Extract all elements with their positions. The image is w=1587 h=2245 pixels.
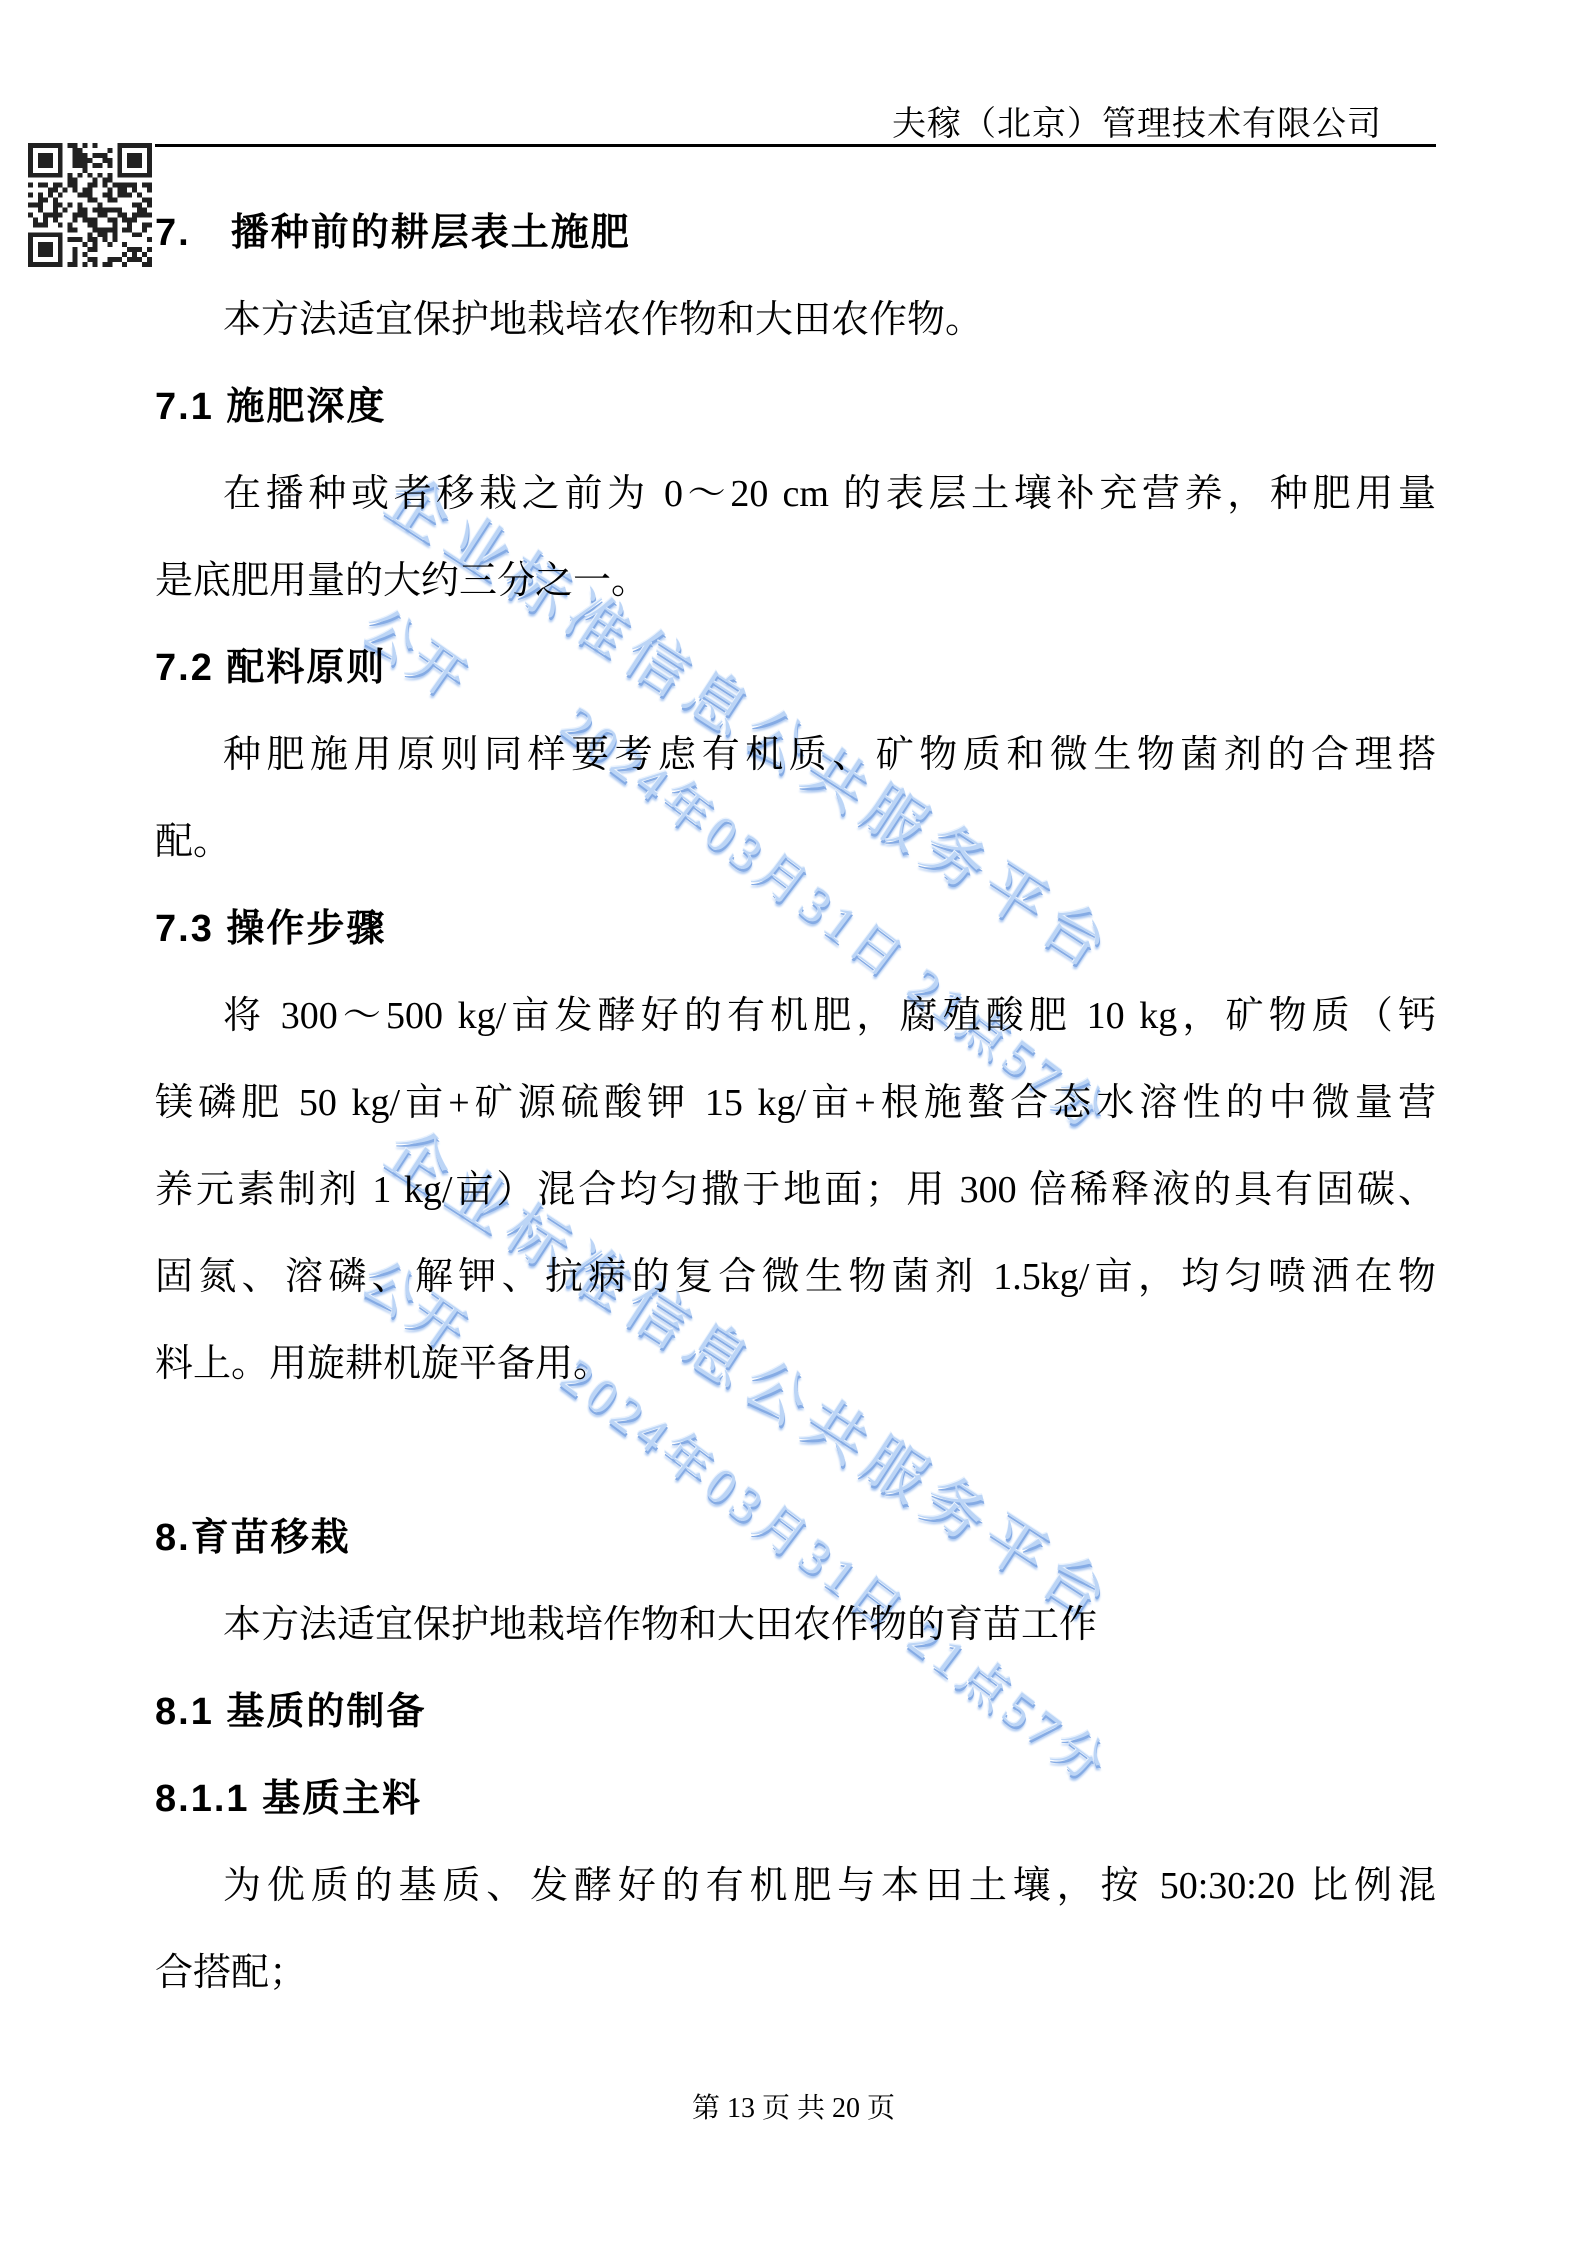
text-line: 料上。用旋耕机旋平备用。 (155, 1321, 1436, 1408)
header-rule (155, 144, 1436, 147)
section-heading: 7.3 操作步骤 (155, 886, 1436, 973)
blank-line (155, 1408, 1436, 1495)
text-line: 本方法适宜保护地栽培农作物和大田农作物。 (155, 277, 1436, 364)
section-heading: 7. 播种前的耕层表土施肥 (155, 190, 1436, 277)
text-line: 在播种或者移栽之前为 0～20 cm 的表层土壤补充营养，种肥用量 (155, 451, 1436, 538)
page-number-footer: 第 13 页 共 20 页 (0, 2086, 1587, 2126)
text-line: 养元素制剂 1 kg/亩）混合均匀撒于地面；用 300 倍稀释液的具有固碳、 (155, 1147, 1436, 1234)
text-line: 种肥施用原则同样要考虑有机质、矿物质和微生物菌剂的合理搭 (155, 712, 1436, 799)
section-heading: 8.1.1 基质主料 (155, 1756, 1436, 1843)
section-heading: 8.育苗移栽 (155, 1495, 1436, 1582)
text-line: 将 300～500 kg/亩发酵好的有机肥，腐殖酸肥 10 kg，矿物质（钙 (155, 973, 1436, 1060)
text-line: 本方法适宜保护地栽培作物和大田农作物的育苗工作 (155, 1582, 1436, 1669)
company-name-header: 夫稼（北京）管理技术有限公司 (892, 96, 1382, 145)
document-page: 企业标准信息公共服务平台 公开 2024年03月31日 21点57分 企业标准信… (0, 0, 1587, 2245)
section-heading: 8.1 基质的制备 (155, 1669, 1436, 1756)
section-heading: 7.2 配料原则 (155, 625, 1436, 712)
text-line: 合搭配； (155, 1930, 1436, 2017)
text-line: 是底肥用量的大约三分之一。 (155, 538, 1436, 625)
text-line: 配。 (155, 799, 1436, 886)
content: 7. 播种前的耕层表土施肥本方法适宜保护地栽培农作物和大田农作物。7.1 施肥深… (155, 190, 1436, 2017)
text-line: 固氮、溶磷、解钾、抗病的复合微生物菌剂 1.5kg/亩，均匀喷洒在物 (155, 1234, 1436, 1321)
qr-code (28, 143, 152, 267)
section-heading: 7.1 施肥深度 (155, 364, 1436, 451)
text-line: 为优质的基质、发酵好的有机肥与本田土壤，按 50:30:20 比例混 (155, 1843, 1436, 1930)
text-line: 镁磷肥 50 kg/亩+矿源硫酸钾 15 kg/亩+根施螯合态水溶性的中微量营 (155, 1060, 1436, 1147)
